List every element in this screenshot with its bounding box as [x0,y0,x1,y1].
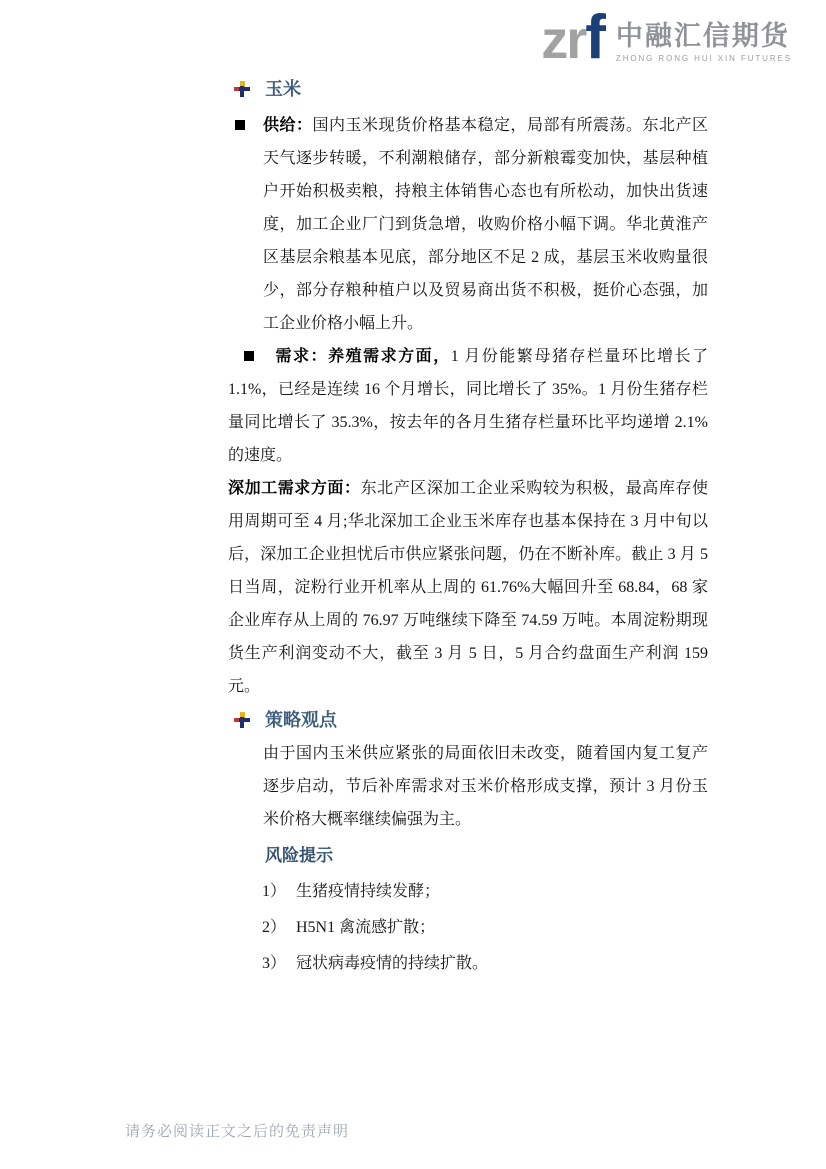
strategy-paragraph: 由于国内玉米供应紧张的局面依旧未改变，随着国内复工复产逐步启动，节后补库需求对玉… [228,737,708,836]
logo-wordmark-blue: f [585,3,604,72]
processing-label: 深加工需求方面： [228,480,361,497]
risk-item-text: 生猪疫情持续发酵； [296,883,440,900]
company-name-cn: 中融汇信期货 [616,23,792,50]
report-body: 玉米 供给：国内玉米现货价格基本稳定，局部有所震荡。东北产区天气逐步转暖，不利潮… [228,76,708,982]
risk-item: 1）生猪疫情持续发酵； [262,874,708,910]
supply-text: 国内玉米现货价格基本稳定，局部有所震荡。东北产区天气逐步转暖，不利潮粮储存，部分… [263,117,708,332]
processing-paragraph: 深加工需求方面：东北产区深加工企业采购较为积极，最高库存使用周期可至 4 月;华… [228,472,708,703]
section-title-strategy: 策略观点 [228,707,708,733]
risk-item-text: H5N1 禽流感扩散； [296,919,435,936]
section-title-strategy-label: 策略观点 [265,710,337,730]
footer-disclaimer: 请务必阅读正文之后的免责声明 [125,1120,349,1141]
risk-item: 2）H5N1 禽流感扩散； [262,910,708,946]
processing-text: 东北产区深加工企业采购较为积极，最高库存使用周期可至 4 月;华北深加工企业玉米… [228,480,708,695]
section-title-corn: 玉米 [228,76,708,102]
logo-wordmark-gray: zr [541,10,585,70]
section-title-corn-label: 玉米 [265,79,301,99]
supply-label: 供给： [263,117,313,134]
company-logo: zrf 中融汇信期货 ZHONG RONG HUI XIN FUTURES [541,12,792,65]
arrow-bullet-icon [234,81,250,97]
risk-item-number: 2） [262,910,296,946]
square-bullet-icon [244,351,254,361]
report-page: zrf 中融汇信期货 ZHONG RONG HUI XIN FUTURES 玉米… [0,0,826,1169]
square-bullet-icon [235,120,245,130]
risk-item-text: 冠状病毒疫情的持续扩散。 [296,955,488,972]
logo-wordmark: zrf [541,12,604,65]
risk-list: 1）生猪疫情持续发酵； 2）H5N1 禽流感扩散； 3）冠状病毒疫情的持续扩散。 [228,874,708,982]
section-title-risk: 风险提示 [228,844,708,868]
demand-text: 1 月份能繁母猪存栏量环比增长了 1.1%，已经是连续 16 个月增长，同比增长… [228,348,708,464]
company-name-en: ZHONG RONG HUI XIN FUTURES [616,54,792,63]
logo-names: 中融汇信期货 ZHONG RONG HUI XIN FUTURES [616,23,792,65]
demand-label: 需求：养殖需求方面， [274,348,451,365]
demand-paragraph: 需求：养殖需求方面，1 月份能繁母猪存栏量环比增长了 1.1%，已经是连续 16… [228,340,708,472]
risk-item-number: 3） [262,946,296,982]
risk-item-number: 1） [262,874,296,910]
risk-item: 3）冠状病毒疫情的持续扩散。 [262,946,708,982]
arrow-bullet-icon [234,712,250,728]
supply-paragraph: 供给：国内玉米现货价格基本稳定，局部有所震荡。东北产区天气逐步转暖，不利潮粮储存… [228,109,708,340]
